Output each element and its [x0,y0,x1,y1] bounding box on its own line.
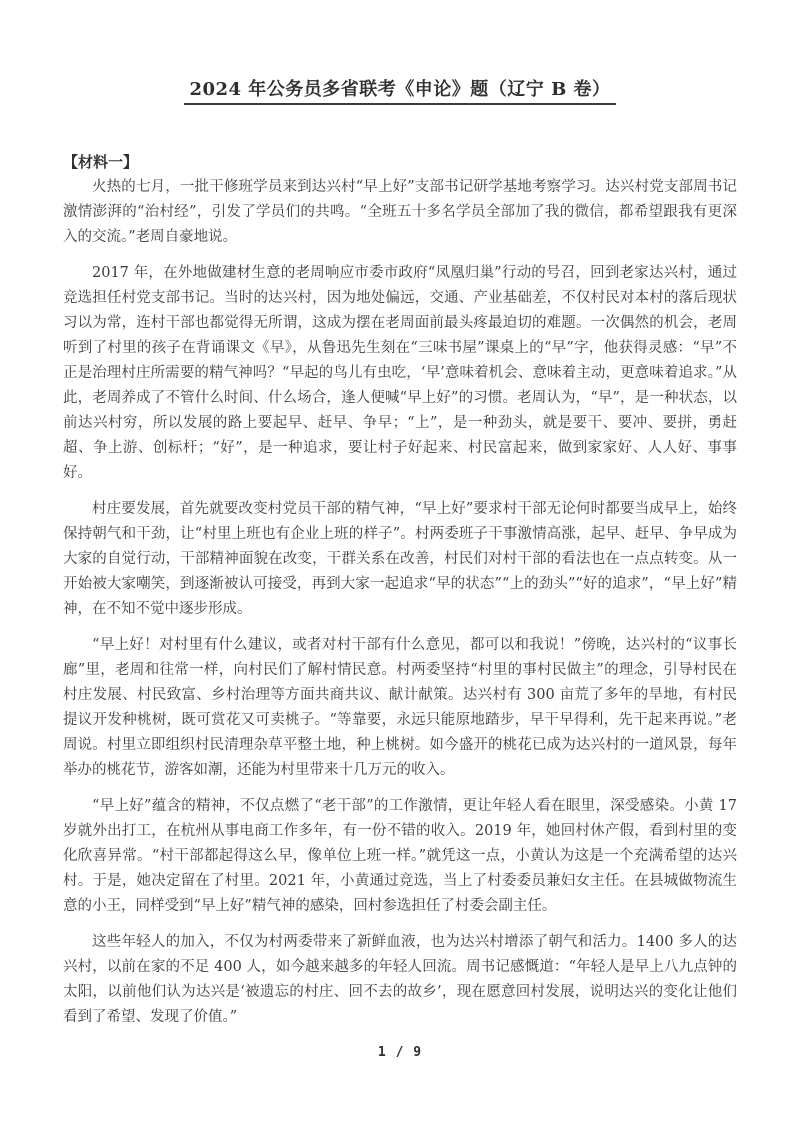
document-content: 2024 年公务员多省联考《申论》题（辽宁 B 卷） 【材料一】 火热的七月，一… [0,0,800,1060]
page-footer: 1 / 9 [63,1041,737,1060]
page-number: 1 / 9 [378,1045,422,1060]
material-paragraph-5: “早上好”蕴含的精神，不仅点燃了“老干部”的工作激情，更让年轻人看在眼里，深受感… [63,794,737,919]
document-title: 2024 年公务员多省联考《申论》题（辽宁 B 卷） [63,0,737,103]
document-page: 2024 年公务员多省联考《申论》题（辽宁 B 卷） 【材料一】 火热的七月，一… [0,0,800,1131]
material-paragraph-4: “早上好！对村里有什么建议，或者对村干部有什么意见，都可以和我说！”傍晚，达兴村… [63,633,737,783]
material-paragraph-1: 火热的七月，一批干修班学员来到达兴村“早上好”支部书记研学基地考察学习。达兴村党… [63,175,737,250]
document-title-text: 2024 年公务员多省联考《申论》题（辽宁 B 卷） [184,79,615,105]
material-paragraph-6: 这些年轻人的加入，不仅为村两委带来了新鲜血液，也为达兴村增添了朝气和活力。140… [63,930,737,1030]
material-paragraph-3: 村庄要发展，首先就要改变村党员干部的精气神，“早上好”要求村干部无论何时都要当成… [63,497,737,622]
material-one-heading: 【材料一】 [63,150,737,175]
material-paragraph-2: 2017 年，在外地做建材生意的老周响应市委市政府“凤凰归巢”行动的号召，回到老… [63,261,737,486]
